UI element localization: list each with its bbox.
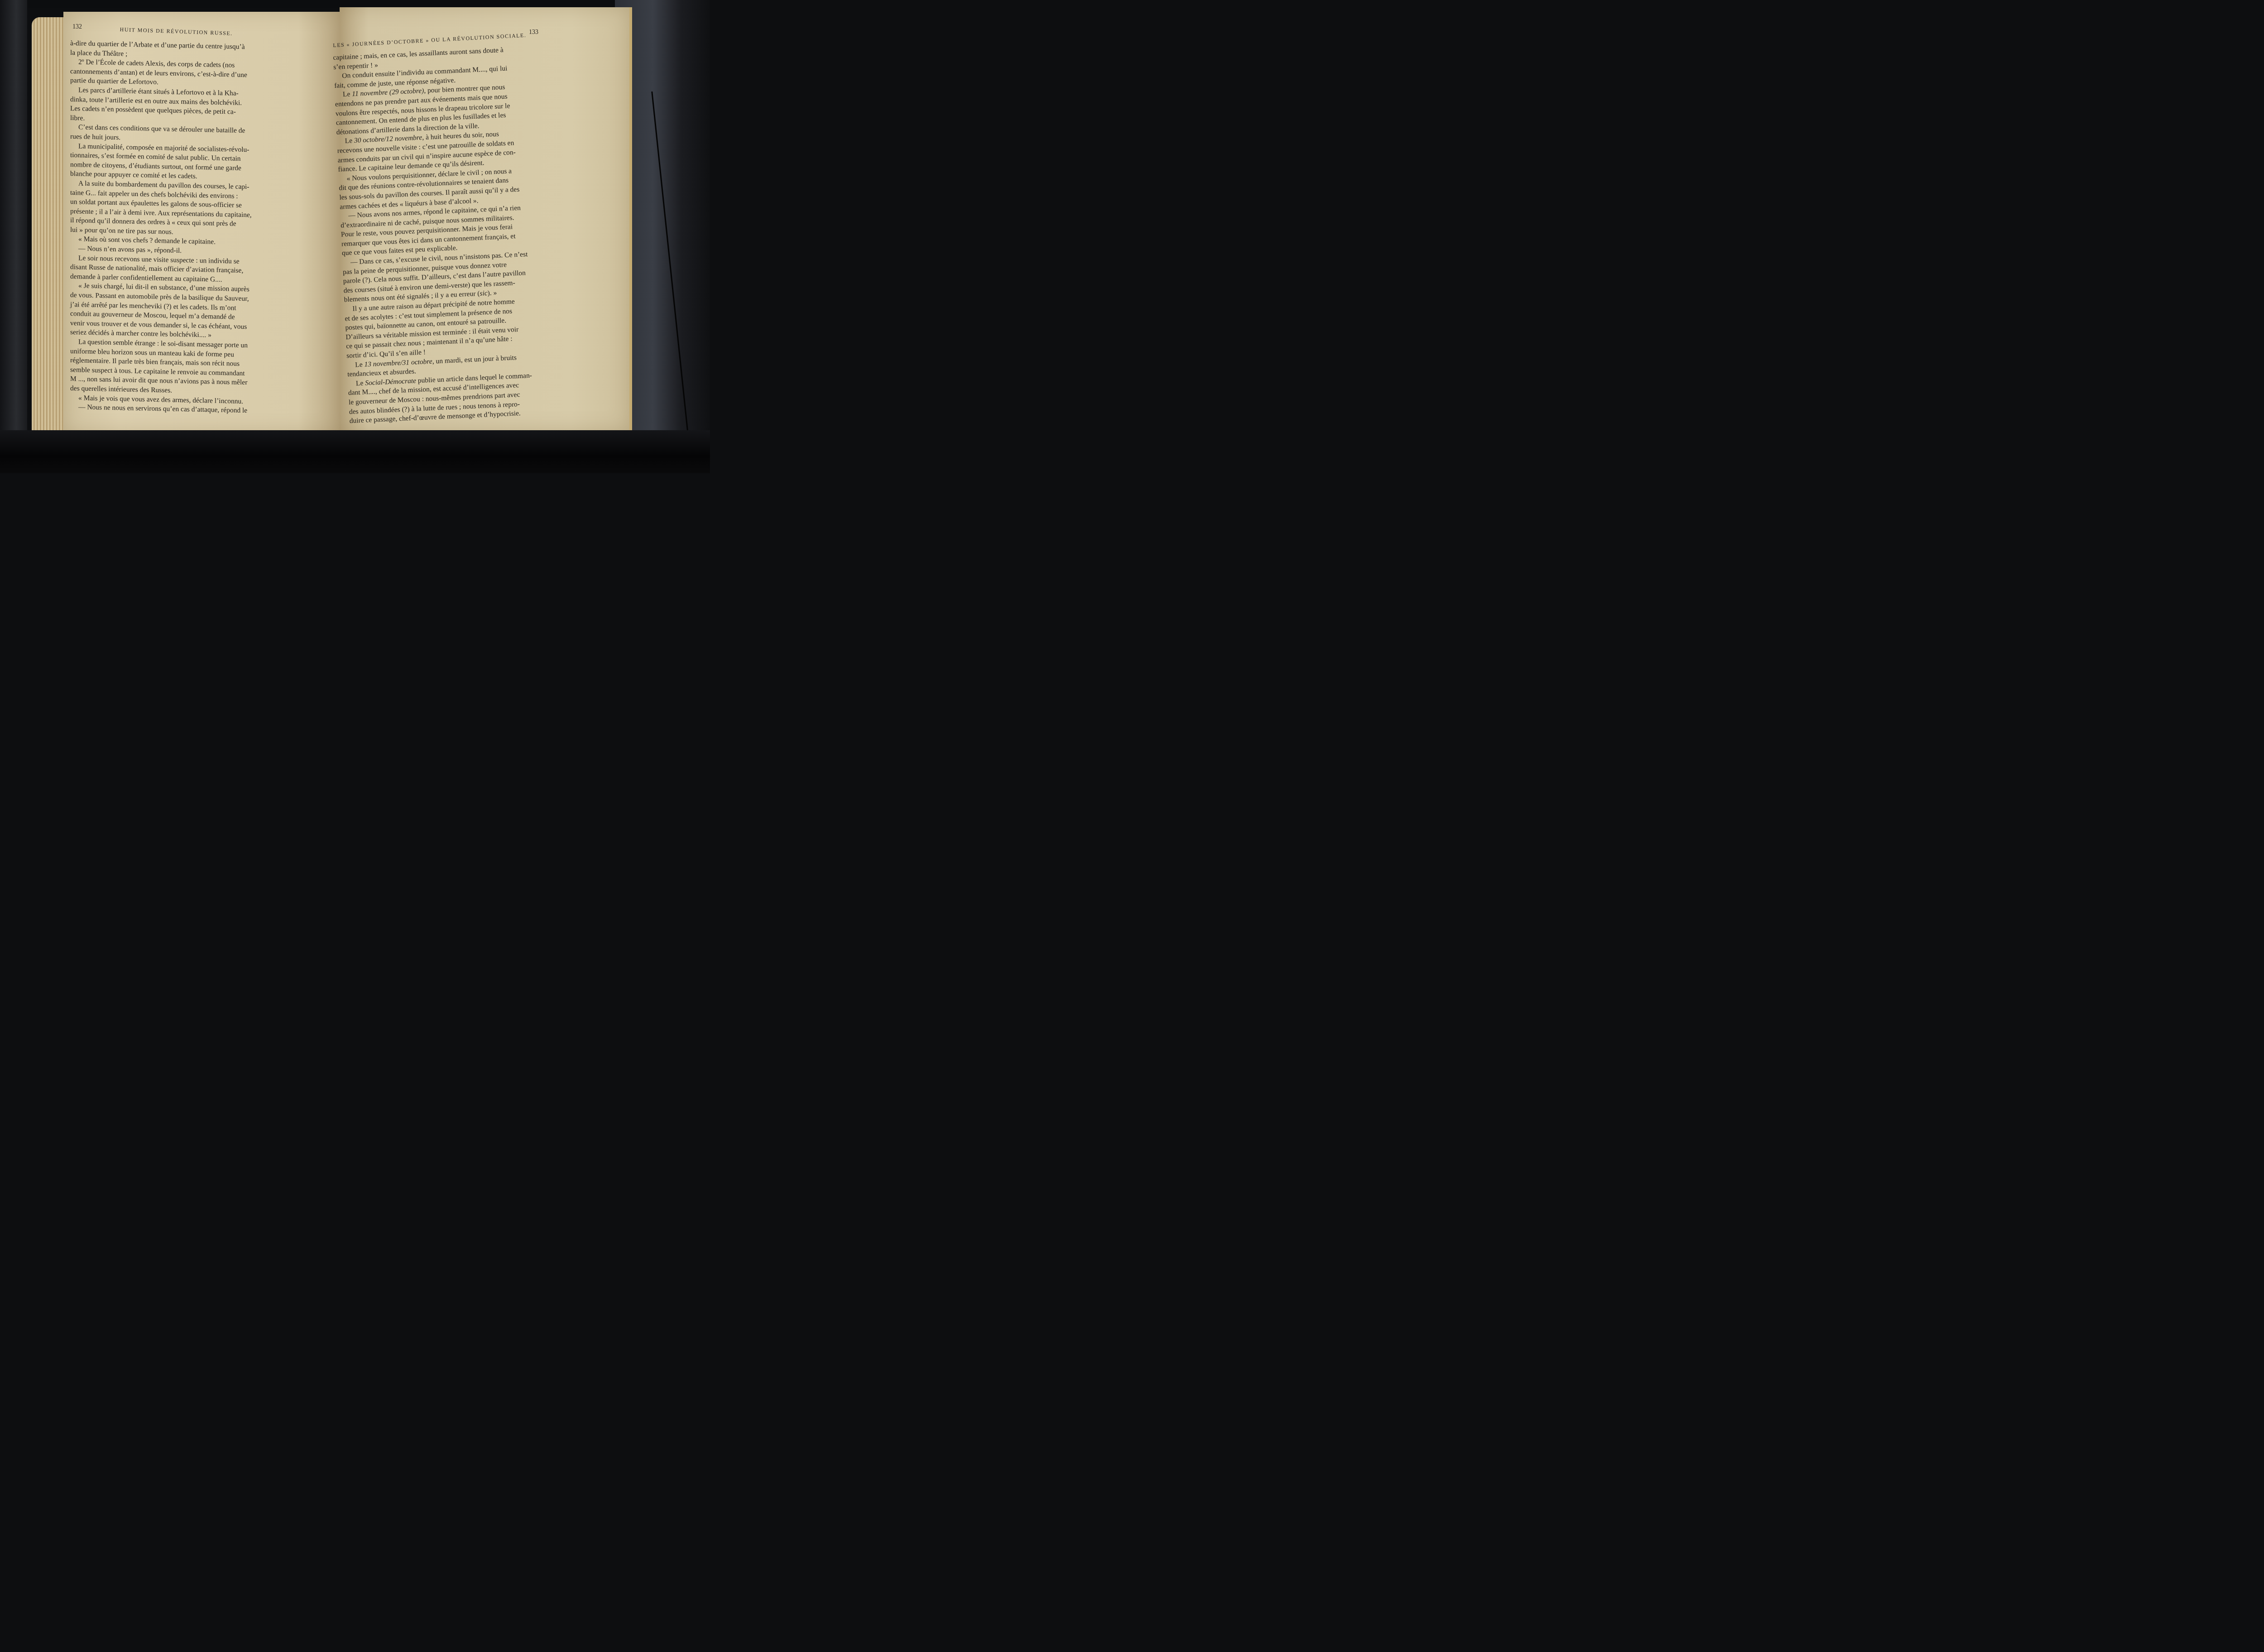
display-case-left-frame xyxy=(0,0,27,435)
right-page-body: capitaine ; mais, en ce cas, les assaill… xyxy=(333,43,567,426)
left-page-body: à-dire du quartier de l’Arbate et d’une … xyxy=(70,39,283,417)
right-page-number: 133 xyxy=(529,29,538,36)
left-page-number: 132 xyxy=(72,24,82,31)
display-case-bottom-rail xyxy=(0,430,710,473)
